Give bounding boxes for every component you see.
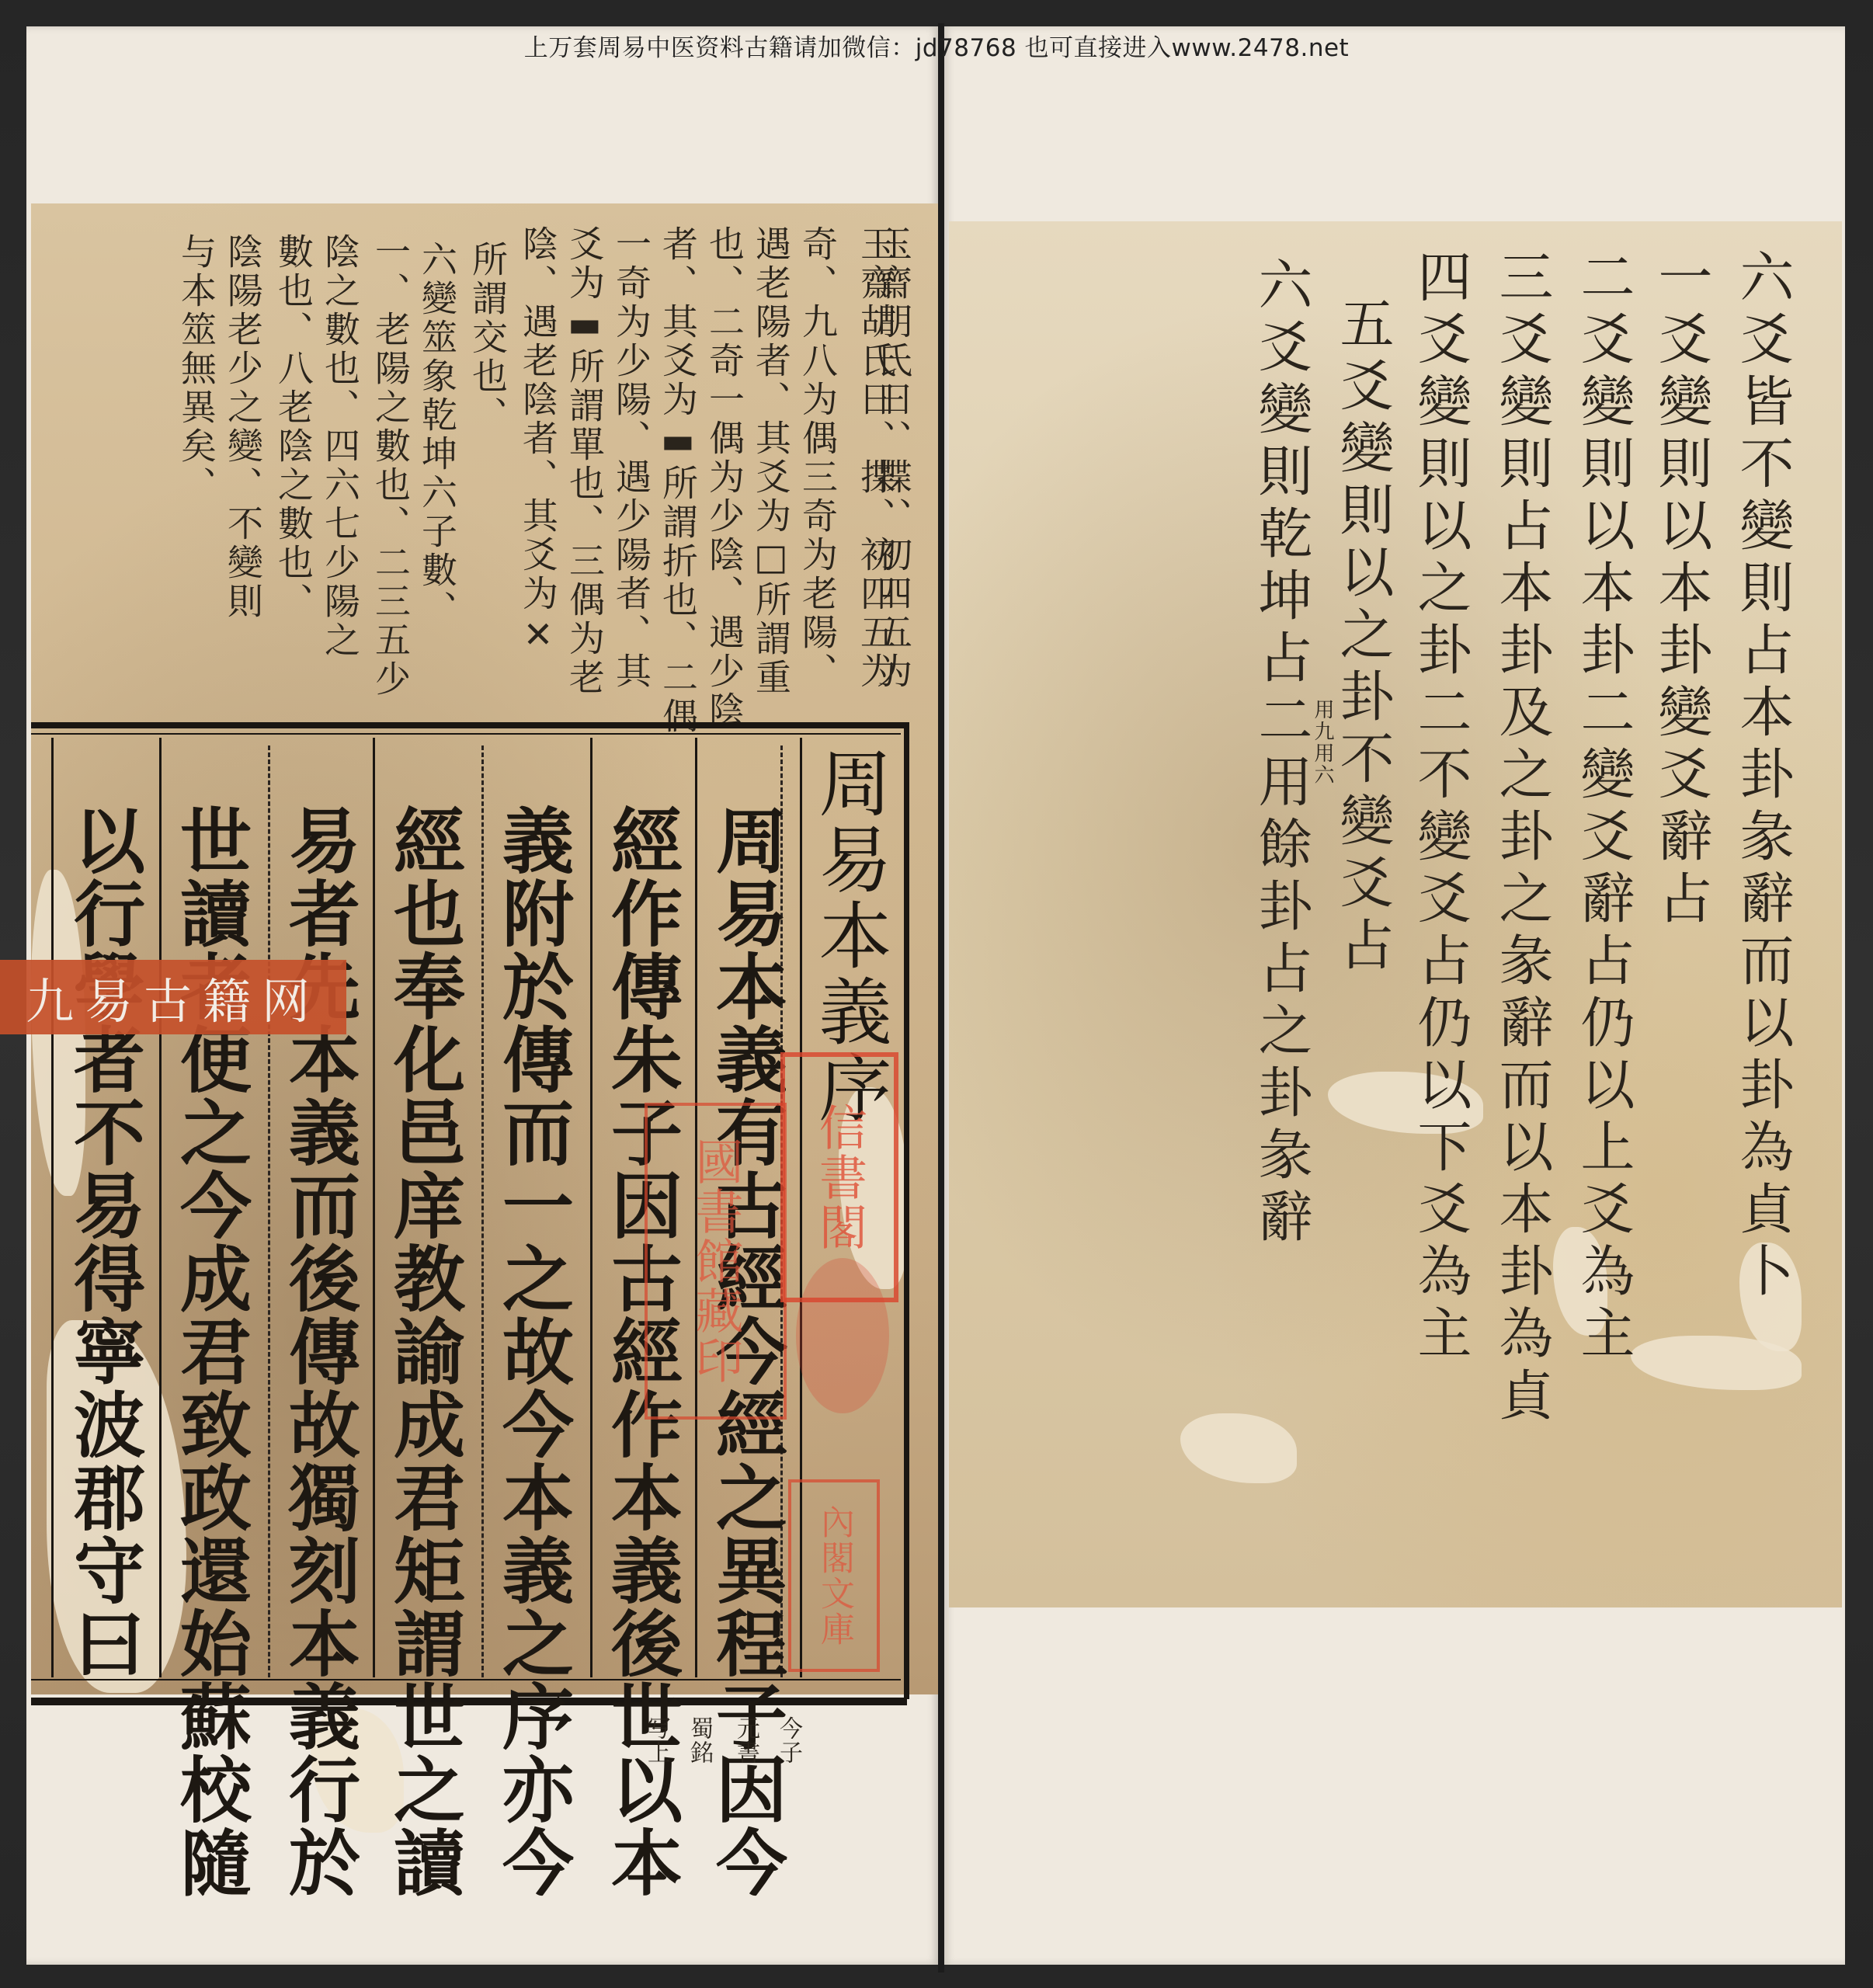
seal-text: 國書館藏印 xyxy=(681,1137,750,1385)
annotation-column: 爻为▬所謂單也、三偶为老 xyxy=(567,225,603,697)
seal-stamp: 國書館藏印 xyxy=(645,1103,787,1420)
annotation-column: 遇老陽者、其爻为□所謂重 xyxy=(753,225,789,697)
note-column: 蜀銘 xyxy=(687,1716,711,1764)
seal-text: 內閣文庫 xyxy=(809,1504,859,1647)
site-logo-banner: 九易古籍网 xyxy=(0,960,346,1034)
book-spine xyxy=(938,23,944,1972)
handwritten-column: 二爻變則以本卦二變爻辭占仍以上爻為主 xyxy=(1576,248,1631,1367)
annotation-column: 玉齋胡氏曰、揲、初四五为 xyxy=(858,225,894,691)
handwritten-column: 一爻變則以本卦變爻辭占 xyxy=(1654,248,1708,932)
annotation-column: 所謂交也、 xyxy=(470,241,506,435)
handwritten-column: 六爻變則乾坤占二用餘卦占之卦彖辭 xyxy=(1254,256,1308,1250)
note-column: 元書 xyxy=(734,1716,757,1764)
note-column: 写上 xyxy=(645,1716,668,1764)
printed-frame-right-edge xyxy=(904,722,909,1699)
annotation-column: 奇、九八为偶三奇为老陽、 xyxy=(800,225,836,691)
column-rule xyxy=(590,738,592,1677)
annotation-column: 者、其爻为▬所謂折也、二偶 xyxy=(660,225,696,736)
watermark-text: 上万套周易中医资料古籍请加微信：jd78768 也可直接进入www.2478.n… xyxy=(0,28,1873,63)
annotation-column: 陰之數也、四六七少陽之 xyxy=(322,233,358,660)
printed-column: 經也奉化邑庠教諭成君矩謂世之讀 xyxy=(388,804,460,1899)
printed-column: 義附於傳而一之故今本義之序亦今 xyxy=(497,804,568,1899)
annotation-column: 一、老陽之數也、二三五少 xyxy=(373,233,408,699)
annotation-column: 數也、八老陰之數也、 xyxy=(276,233,311,621)
handwritten-column: 五爻變則以之卦不變爻占 xyxy=(1336,295,1390,978)
handwritten-column: 六爻皆不變則占本卦彖辭而以卦為貞卜 xyxy=(1736,248,1790,1305)
annotation-column: 陰陽老少之變、不變則 xyxy=(225,233,261,621)
column-rule xyxy=(51,738,54,1677)
small-annotation: 用九用六 xyxy=(1312,699,1333,786)
note-column: 今子 xyxy=(777,1716,800,1764)
column-rule xyxy=(373,738,375,1677)
annotation-column: 也、二奇一偶为少陰、遇少陰 xyxy=(707,225,742,730)
faded-seal-stamp xyxy=(796,1258,889,1413)
column-rule xyxy=(159,738,162,1677)
handwritten-column: 四爻變則以之卦二不變爻占仍以下爻為主 xyxy=(1413,248,1468,1367)
annotation-column: 六變筮象乾坤六子數、 xyxy=(419,241,455,629)
annotation-column: 陰、遇老陰者、其爻为✕ xyxy=(520,225,556,659)
column-rule xyxy=(268,745,270,1677)
handwritten-column: 三爻變則占本卦及之卦之彖辭而以本卦為貞 xyxy=(1495,248,1549,1429)
annotation-column: 一奇为少陽、遇少陽者、其 xyxy=(613,225,649,691)
seal-stamp: 內閣文庫 xyxy=(788,1479,880,1672)
column-rule xyxy=(481,745,484,1677)
printed-column: 以行學者不易得寧波郡守曰 xyxy=(68,804,140,1680)
seal-text: 信書閣 xyxy=(805,1103,874,1252)
annotation-column: 与本筮無異矣、 xyxy=(179,233,214,505)
